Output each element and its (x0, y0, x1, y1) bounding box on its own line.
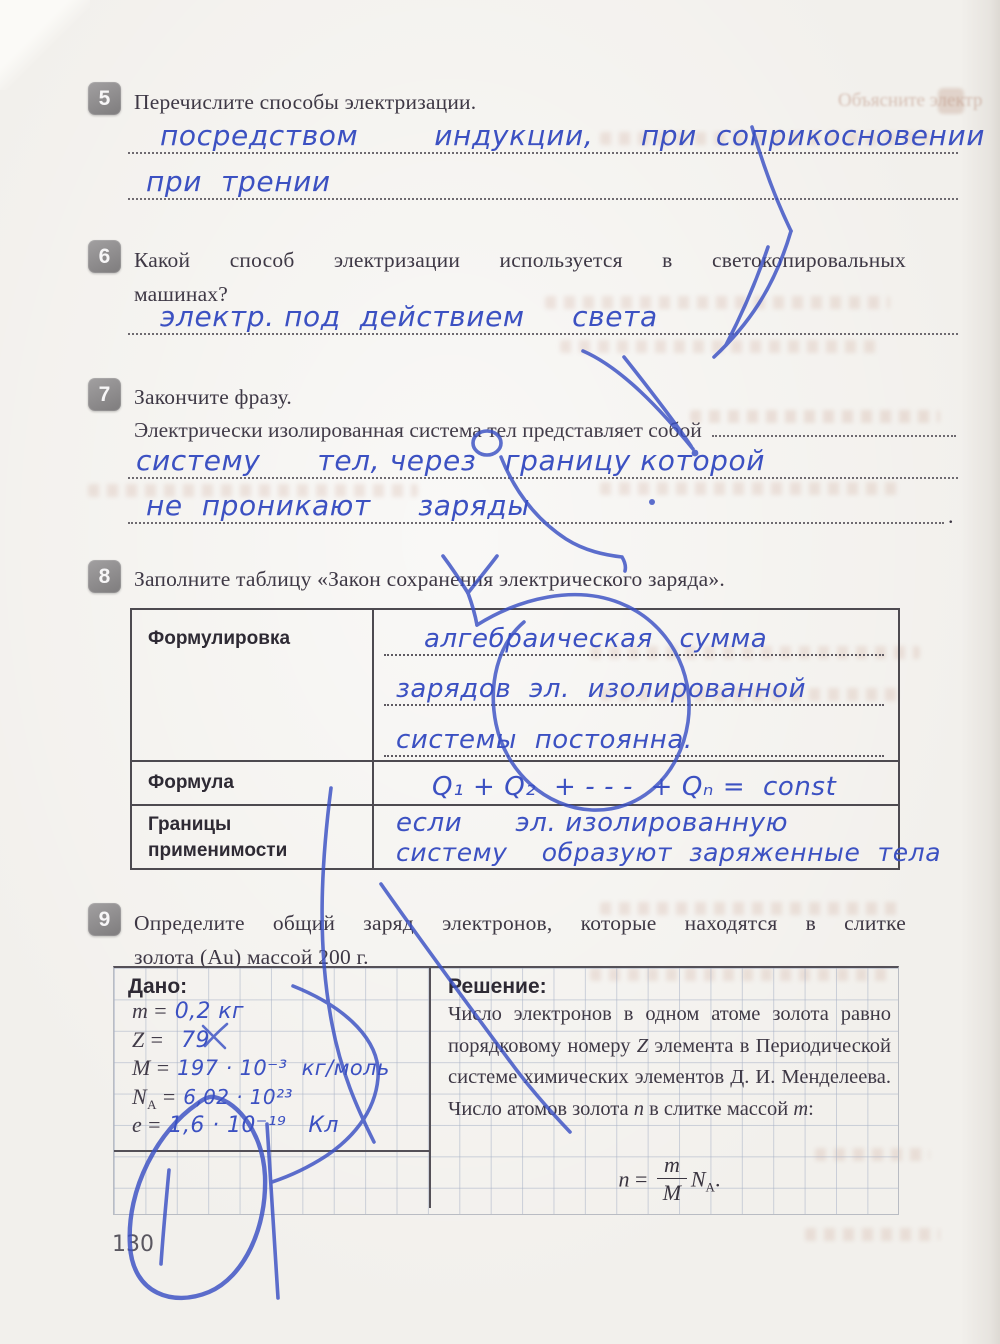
equals-sign: = (151, 1055, 177, 1081)
given-row-z: Z= 79 (132, 1027, 210, 1053)
equals-sign: = (142, 1112, 168, 1138)
solution-text: в слитке массой (644, 1098, 793, 1120)
page-corner-highlight (0, 0, 90, 90)
sentence-period: . (948, 503, 954, 529)
given-box-bottom-border (114, 1150, 429, 1152)
handwritten-answer: не проникают заряды (128, 492, 530, 522)
variable-m: m (793, 1098, 808, 1120)
conservation-law-table: Формулировка алгебраическая сумма зарядо… (130, 608, 900, 870)
bleed-smudge (805, 1228, 940, 1241)
formulation-line-3: системы постоянна. (384, 710, 884, 757)
exercise-6-badge: 6 (88, 240, 121, 273)
formula-period: . (715, 1166, 721, 1191)
formulation-line-2: зарядов эл. изолированной (384, 659, 884, 706)
solution-paragraph: Число электронов в одном атоме золота ра… (448, 999, 891, 1125)
table-column-divider (372, 610, 374, 868)
handwritten-answer: систему тел, через границу которой (128, 447, 765, 477)
variable-name: NA (132, 1084, 157, 1113)
handwritten-answer: при трении (128, 168, 331, 198)
row-label-formula: Формула (148, 770, 234, 796)
variable-name: Z (132, 1027, 145, 1053)
handwritten-answer: если эл. изолированную (384, 810, 788, 838)
bleed-through-badge (938, 88, 964, 114)
exercise-5-answer-line-2: при трении (128, 158, 958, 200)
solution-label: Решение: (448, 972, 547, 1002)
given-row-e: e= 1,6 · 10⁻¹⁹ Кл (132, 1112, 339, 1138)
handwritten-value: 0,2 кг (175, 999, 244, 1024)
workbook-page: Объясните электр 5 Перечислите способы э… (0, 0, 1000, 1344)
exercise-7-answer-line-1: систему тел, через границу которой (128, 437, 958, 479)
equals-sign: = (635, 1166, 647, 1191)
row-label-formulation: Формулировка (148, 626, 290, 652)
given-row-m: m= 0,2 кг (132, 998, 244, 1024)
handwritten-answer: систему образуют заряженные тела (384, 840, 941, 868)
exercise-6-answer-line: электр. под действием света (128, 292, 958, 335)
avogadro-subscript: A (706, 1179, 715, 1194)
handwritten-answer: зарядов эл. изолированной (384, 676, 806, 704)
limits-line-1: если эл. изолированную (384, 808, 788, 838)
handwritten-answer: посредством индукции, при соприкосновени… (128, 122, 985, 152)
limits-line-2: систему образуют заряженные тела (384, 838, 944, 868)
handwritten-answer: системы постоянна. (384, 727, 693, 755)
page-number: 130 (112, 1232, 154, 1257)
solution-formula: n = m M NA. (448, 1152, 891, 1206)
exercise-7-prompt: Закончите фразу. (134, 380, 534, 414)
table-row-divider (132, 804, 898, 806)
given-row-NA: NA= 6,02 · 10²³ (132, 1084, 293, 1113)
handwritten-answer: алгебраическая сумма (384, 626, 767, 654)
handwritten-value: 79 (171, 1028, 210, 1053)
equals-sign: = (145, 1027, 171, 1053)
exercise-5-badge: 5 (88, 82, 121, 115)
given-solution-divider (429, 968, 431, 1208)
exercise-9-badge: 9 (88, 903, 121, 936)
handwritten-answer: Q₁ + Q₂ + - - - + Qₙ = const (384, 774, 836, 802)
variable-subscript: A (147, 1097, 157, 1112)
equals-sign: = (157, 1084, 183, 1110)
handwritten-value: 197 · 10⁻³ кг/моль (177, 1056, 390, 1080)
handwritten-value: 1,6 · 10⁻¹⁹ Кл (169, 1113, 339, 1138)
formula-handwritten: Q₁ + Q₂ + - - - + Qₙ = const (384, 762, 836, 802)
fraction: m M (657, 1152, 687, 1206)
exercise-5-answer-line-1: посредством индукции, при соприкосновени… (128, 112, 958, 154)
given-row-M: M= 197 · 10⁻³ кг/моль (132, 1055, 390, 1081)
formula-lhs: n (619, 1166, 630, 1191)
fraction-denominator: M (657, 1179, 687, 1205)
avogadro-symbol: N (691, 1166, 706, 1191)
solution-text: : (808, 1098, 814, 1120)
exercise-7-answer-line-2: не проникают заряды (128, 482, 944, 524)
row-label-limits-line-2: применимости (148, 838, 287, 864)
variable-name: e (132, 1112, 142, 1138)
fraction-numerator: m (657, 1152, 687, 1179)
exercise-7-badge: 7 (88, 378, 121, 411)
variable-name: M (132, 1055, 151, 1081)
bleed-smudge (560, 340, 880, 353)
exercise-8-badge: 8 (88, 560, 121, 593)
exercise-6-question-line-1: Какой способ электризации используется в… (134, 243, 906, 277)
exercise-9-question-line-1: Определите общий заряд электронов, котор… (134, 906, 906, 940)
equals-sign: = (148, 998, 174, 1024)
exercise-8-title: Заполните таблицу «Закон сохранения элек… (134, 562, 934, 596)
handwritten-value: 6,02 · 10²³ (183, 1085, 293, 1109)
variable-n: n (634, 1098, 644, 1120)
formulation-line-1: алгебраическая сумма (384, 610, 884, 656)
handwritten-answer: электр. под действием света (128, 303, 658, 333)
variable-Z: Z (637, 1035, 648, 1057)
variable-name: m (132, 998, 148, 1024)
row-label-limits-line-1: Границы (148, 812, 231, 838)
